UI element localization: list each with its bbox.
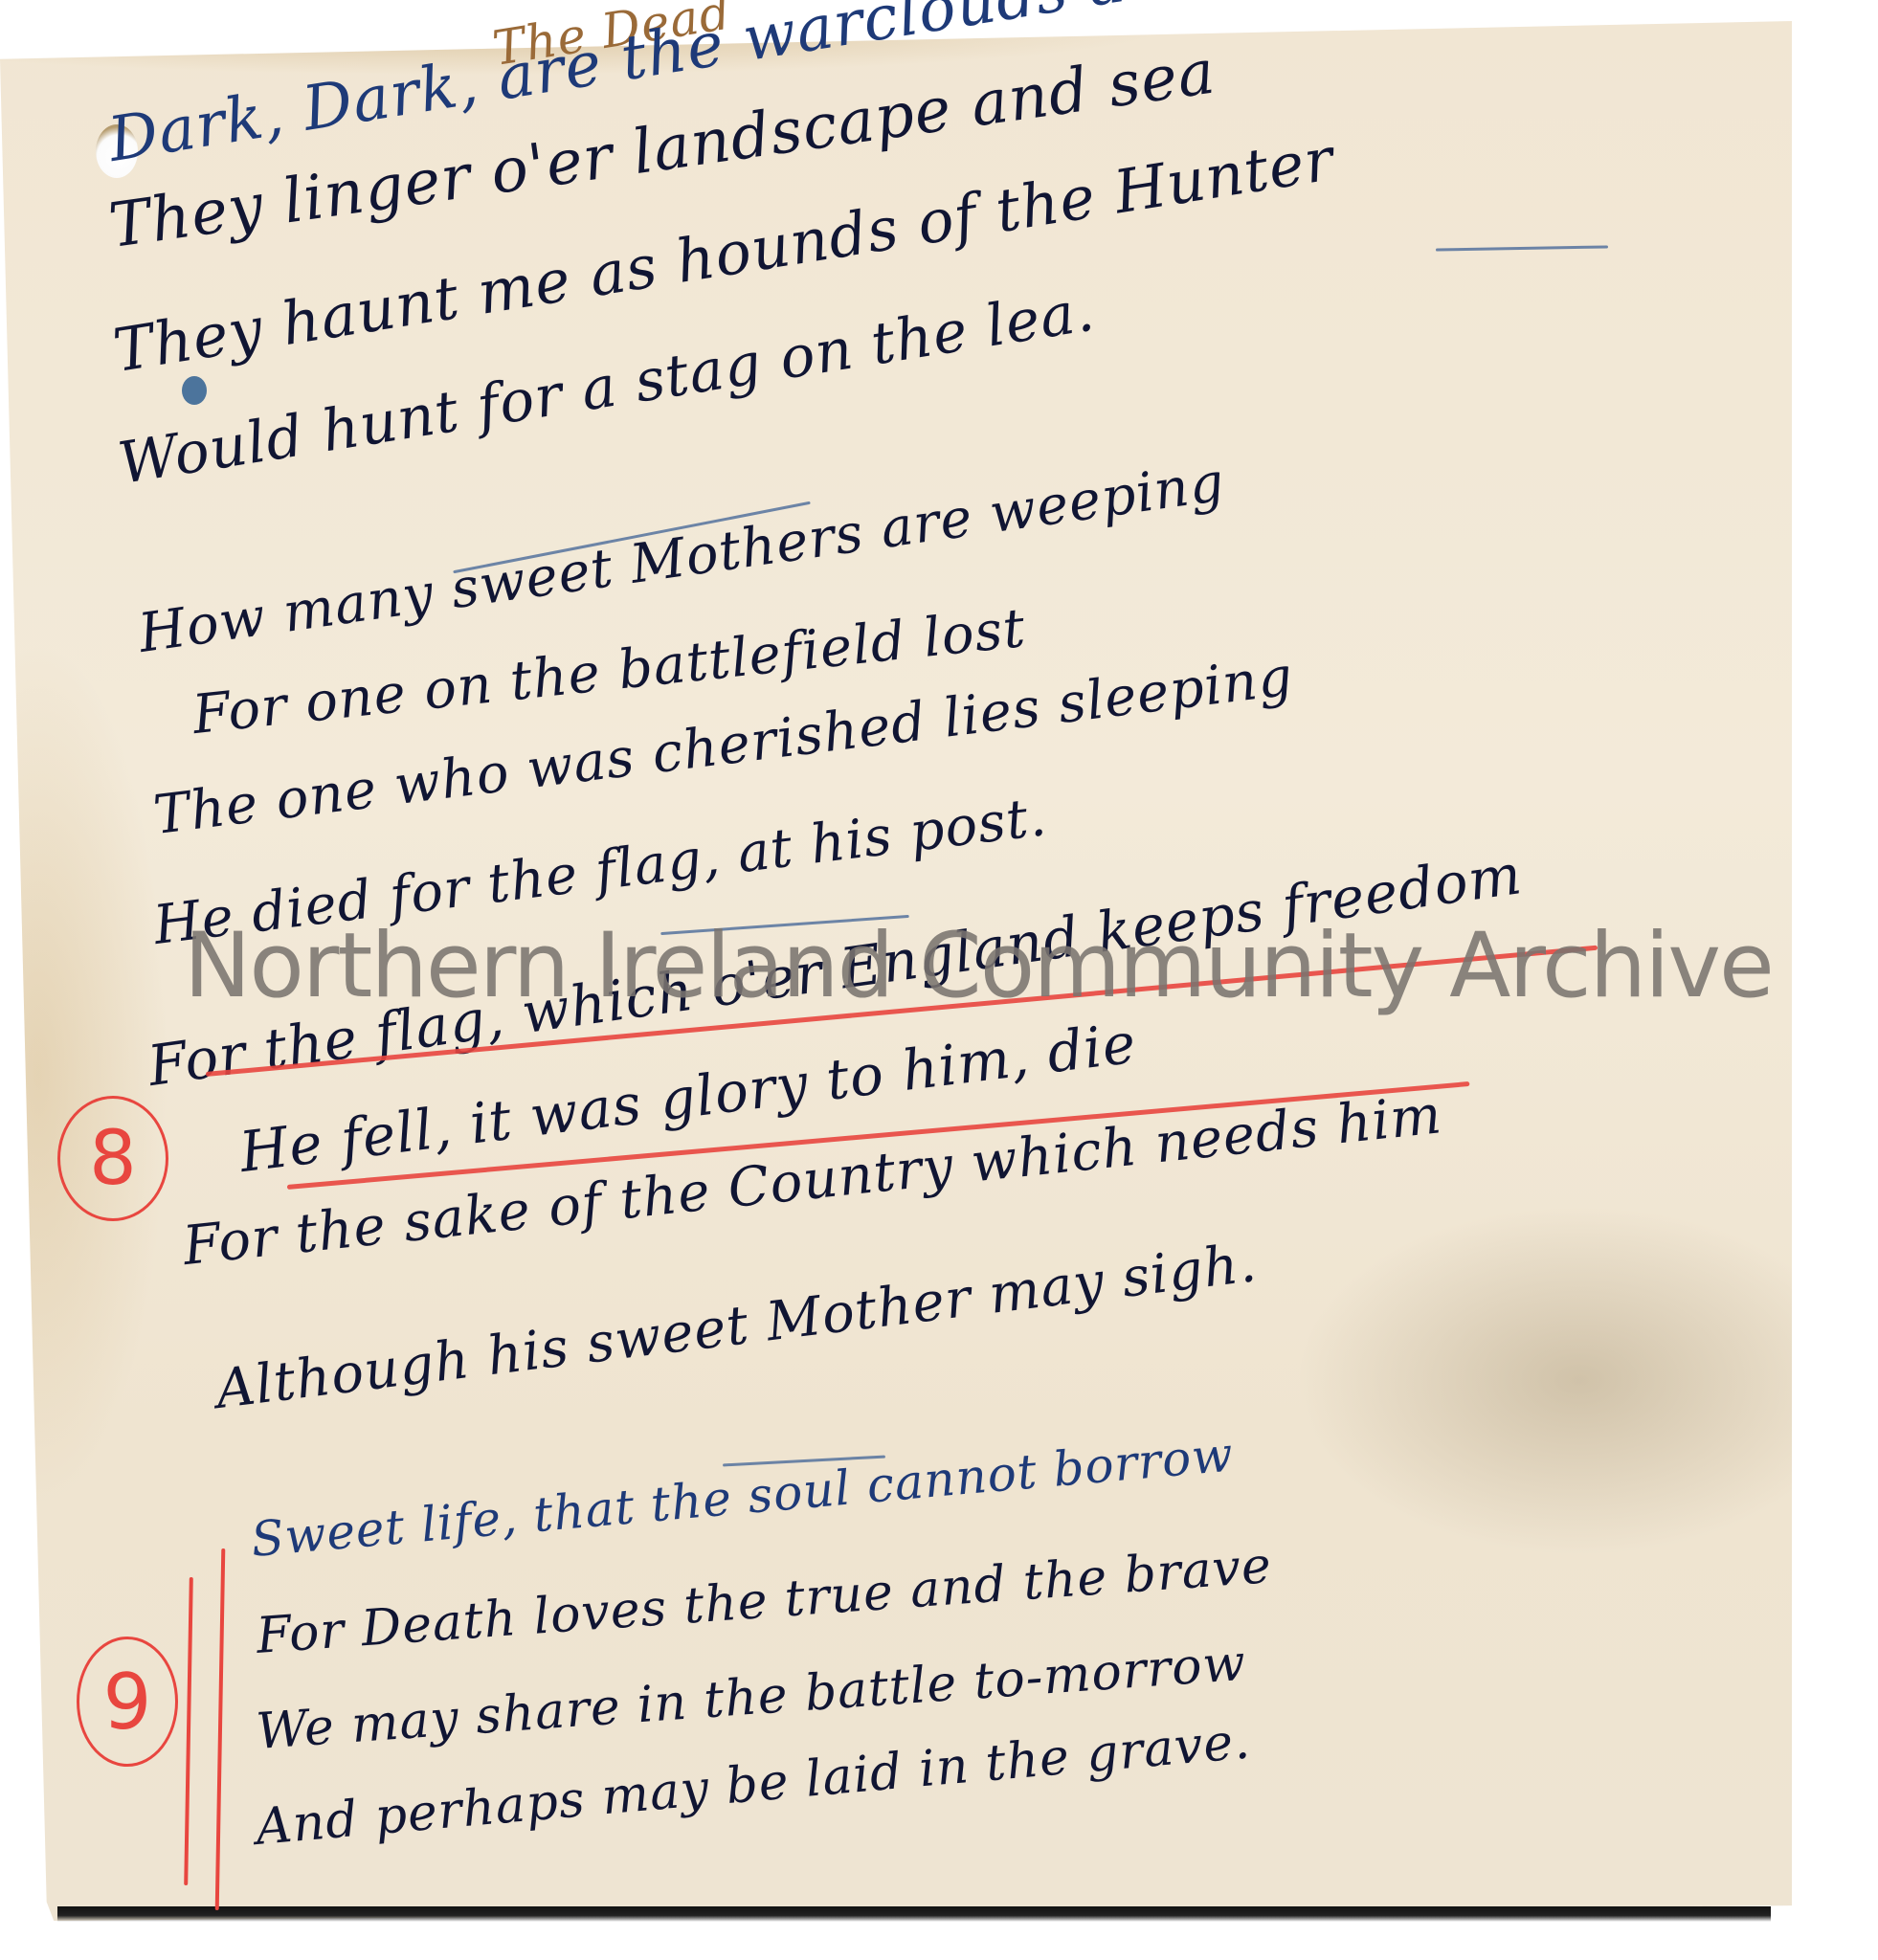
paper-shadow bbox=[57, 1906, 1771, 1922]
circled-number-9: 9 bbox=[77, 1637, 178, 1767]
circled-number-8: 8 bbox=[57, 1096, 168, 1221]
ink-blot bbox=[182, 376, 207, 405]
archive-watermark: Northern Ireland Community Archive bbox=[184, 914, 1773, 1018]
